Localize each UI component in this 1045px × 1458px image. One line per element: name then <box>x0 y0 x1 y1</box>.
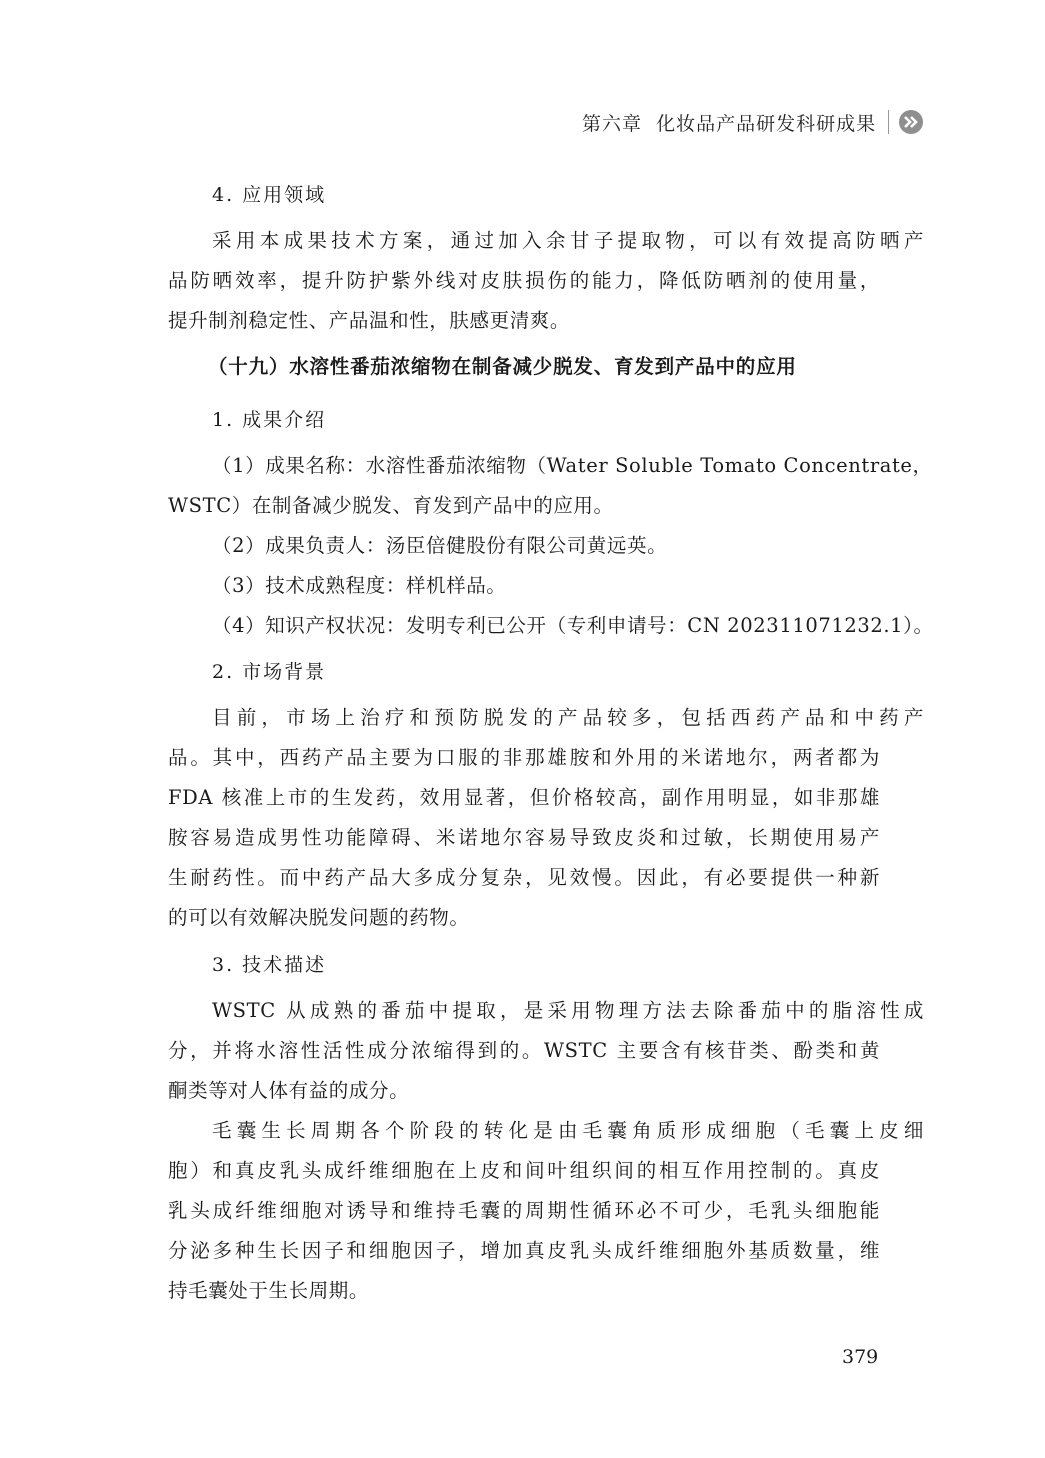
list-item: （2）成果负责人：汤臣倍健股份有限公司黄远英。 <box>168 532 924 560</box>
paragraph-line: 的可以有效解决脱发问题的药物。 <box>168 904 880 932</box>
section-title: （十九）水溶性番茄浓缩物在制备减少脱发、育发到产品中的应用 <box>208 353 920 381</box>
paragraph-line: 乳头成纤维细胞对诱导和维持毛囊的周期性循环必不可少，毛乳头细胞能 <box>168 1197 880 1225</box>
list-item: （3）技术成熟程度：样机样品。 <box>168 572 924 600</box>
list-item: （4）知识产权状况：发明专利已公开（专利申请号：CN 202311071232.… <box>168 612 924 640</box>
subsection-heading-intro: 1. 成果介绍 <box>168 406 924 434</box>
subsection-heading-tech: 3. 技术描述 <box>168 951 924 979</box>
paragraph-line: 品防晒效率，提升防护紫外线对皮肤损伤的能力，降低防晒剂的使用量， <box>168 267 880 295</box>
paragraph-line: 目前，市场上治疗和预防脱发的产品较多，包括西药产品和中药产 <box>168 704 924 732</box>
paragraph-line: 采用本成果技术方案，通过加入余甘子提取物，可以有效提高防晒产 <box>168 227 924 255</box>
paragraph-line: 酮类等对人体有益的成分。 <box>168 1077 880 1105</box>
paragraph-line: 毛囊生长周期各个阶段的转化是由毛囊角质形成细胞（毛囊上皮细 <box>168 1117 924 1145</box>
list-item: （1）成果名称：水溶性番茄浓缩物（Water Soluble Tomato Co… <box>168 452 924 480</box>
header-divider <box>888 110 889 134</box>
paragraph-line: 持毛囊处于生长周期。 <box>168 1277 880 1305</box>
running-header: 第六章 化妆品产品研发科研成果 <box>582 108 923 136</box>
list-item-continued: WSTC）在制备减少脱发、育发到产品中的应用。 <box>168 492 880 520</box>
paragraph-line: 分，并将水溶性活性成分浓缩得到的。WSTC 主要含有核苷类、酚类和黄 <box>168 1037 880 1065</box>
spacer <box>642 111 656 133</box>
paragraph-line: 生耐药性。而中药产品大多成分复杂，见效慢。因此，有必要提供一种新 <box>168 864 880 892</box>
paragraph-line: WSTC 从成熟的番茄中提取，是采用物理方法去除番茄中的脂溶性成 <box>168 997 924 1025</box>
chapter-title: 化妆品产品研发科研成果 <box>656 109 876 136</box>
section-heading-application: 4. 应用领域 <box>168 181 924 209</box>
paragraph-line: 胞）和真皮乳头成纤维细胞在上皮和间叶组织间的相互作用控制的。真皮 <box>168 1157 880 1185</box>
double-chevron-right-icon <box>899 110 923 134</box>
chapter-label: 第六章 <box>582 109 642 136</box>
subsection-heading-market: 2. 市场背景 <box>168 658 924 686</box>
page-number: 379 <box>842 1346 878 1368</box>
paragraph-line: 提升制剂稳定性、产品温和性，肤感更清爽。 <box>168 307 880 335</box>
paragraph-line: 品。其中，西药产品主要为口服的非那雄胺和外用的米诺地尔，两者都为 <box>168 744 880 772</box>
paragraph-line: FDA 核准上市的生发药，效用显著，但价格较高，副作用明显，如非那雄 <box>168 784 880 812</box>
paragraph-line: 分泌多种生长因子和细胞因子，增加真皮乳头成纤维细胞外基质数量，维 <box>168 1237 880 1265</box>
paragraph-line: 胺容易造成男性功能障碍、米诺地尔容易导致皮炎和过敏，长期使用易产 <box>168 824 880 852</box>
